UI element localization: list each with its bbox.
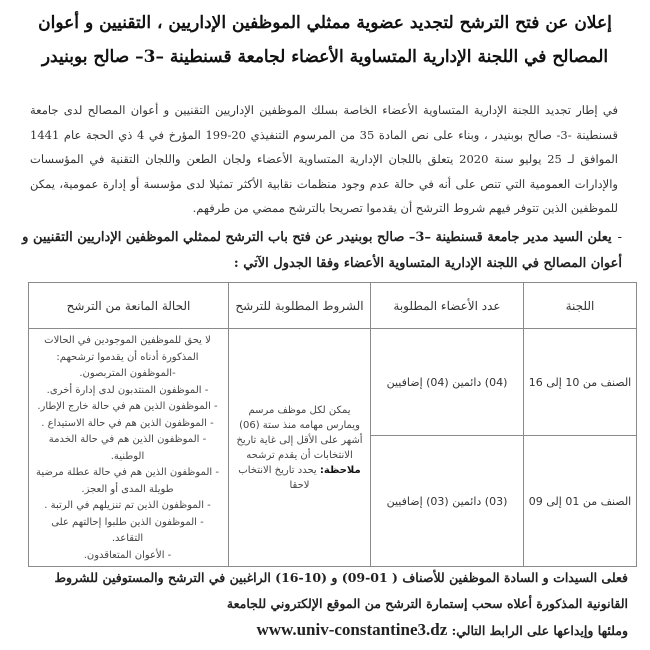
header-barriers: الحالة المانعة من الترشح (29, 283, 229, 329)
note-label: ملاحظة: (320, 465, 361, 476)
closing-line-3: وملئها وإيداعها على الرابط التالي: www.u… (20, 617, 628, 644)
closing-paragraph: فعلى السيدات و السادة الموظفين للأصناف (… (20, 565, 628, 644)
barrier-item: - الموظفون الذين هم في حالة الخدمة الوطن… (35, 432, 220, 465)
cell-conditions: يمكن لكل موظف مرسم ويمارس مهامه منذ ستة … (229, 329, 371, 567)
committee-table: اللجنة عدد الأعضاء المطلوبة الشروط المطل… (28, 282, 637, 567)
conditions-text: يمكن لكل موظف مرسم ويمارس مهامه منذ ستة … (236, 405, 362, 461)
barrier-item: - الموظفون الذين تم تنزيلهم في الرتبة . (35, 498, 220, 515)
barrier-item: - الموظفون الذين هم في حالة عطلة مرضية ط… (35, 465, 220, 498)
note-text: يحدد تاريخ الانتخاب لاحقا (238, 465, 316, 491)
university-website-link[interactable]: www.univ-constantine3.dz (256, 620, 447, 639)
cell-barriers: لا يحق للموظفين الموجودين في الحالات الم… (29, 329, 229, 567)
barrier-item: - الموظفون الذين طلبوا إحالتهم على التقا… (35, 515, 220, 548)
header-committee: اللجنة (524, 283, 637, 329)
title-line-2: المصالح في اللجنة الإدارية المتساوية الأ… (14, 40, 636, 74)
barriers-intro: لا يحق للموظفين الموجودين في الحالات الم… (35, 333, 220, 366)
cell-committee: الصنف من 10 إلى 16 (524, 329, 637, 436)
closing-line-1: فعلى السيدات و السادة الموظفين للأصناف (… (20, 565, 628, 591)
table-header-row: اللجنة عدد الأعضاء المطلوبة الشروط المطل… (29, 283, 637, 329)
bullet-dash: - (618, 230, 622, 245)
director-announcement: -يعلن السيد مدير جامعة قسنطينة –3– صالح … (18, 225, 622, 277)
closing-line-3-text: وملئها وإيداعها على الرابط التالي: (452, 623, 628, 638)
table-row: الصنف من 10 إلى 16 (04) دائمين (04) إضاف… (29, 329, 637, 436)
barrier-item: - الموظفون المنتدبون لدى إدارة أخرى. (35, 383, 220, 400)
intro-paragraph: في إطار تجديد اللجنة الإدارية المتساوية … (30, 98, 618, 221)
barrier-item: - الموظفون الذين هم في حالة الاستيداع . (35, 416, 220, 433)
cell-committee: الصنف من 01 إلى 09 (524, 436, 637, 567)
cell-members: (04) دائمين (04) إضافيين (371, 329, 524, 436)
barrier-item: - الموظفون الذين هم في حالة خارج الإطار. (35, 399, 220, 416)
barrier-item: -الموظفون المتربصون. (35, 366, 220, 383)
announcement-text: يعلن السيد مدير جامعة قسنطينة –3– صالح ب… (22, 230, 622, 271)
barrier-item: - الأعوان المتعاقدون. (35, 548, 220, 565)
title-line-1: إعلان عن فتح الترشح لتجديد عضوية ممثلي ا… (14, 6, 636, 40)
closing-line-2: القانونية المذكورة أعلاه سحب إستمارة الت… (20, 591, 628, 617)
header-members: عدد الأعضاء المطلوبة (371, 283, 524, 329)
cell-members: (03) دائمين (03) إضافيين (371, 436, 524, 567)
announcement-title: إعلان عن فتح الترشح لتجديد عضوية ممثلي ا… (14, 6, 636, 74)
header-conditions: الشروط المطلوبة للترشح (229, 283, 371, 329)
